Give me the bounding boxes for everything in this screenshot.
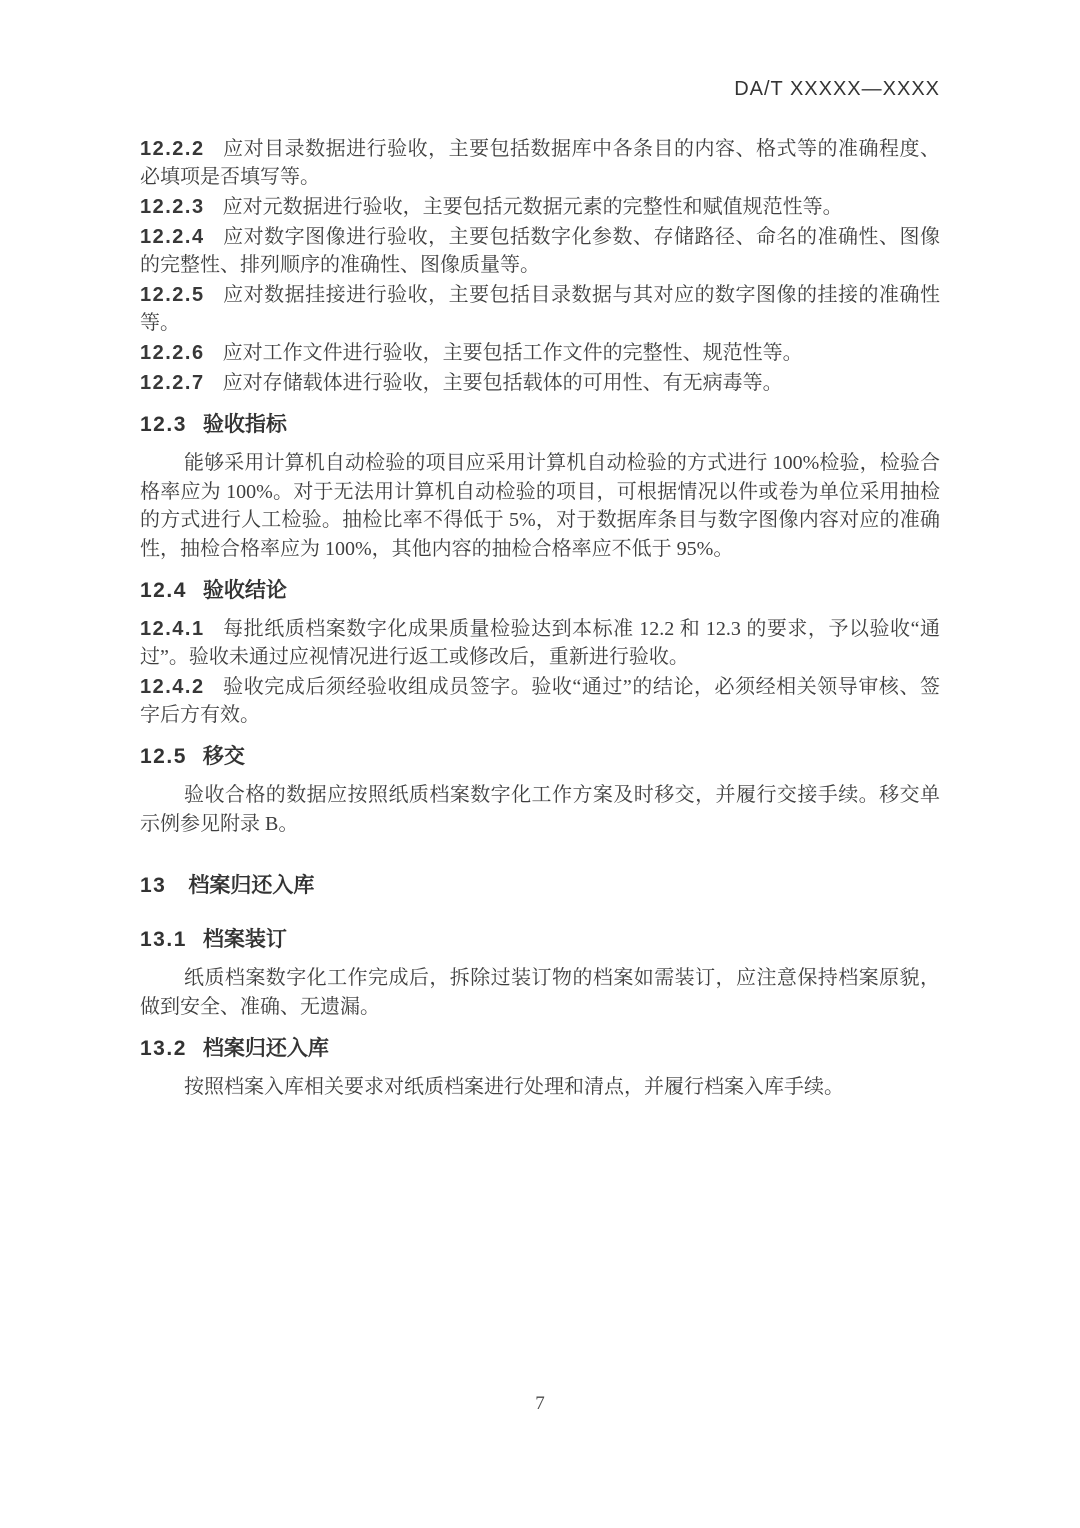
clause-number: 12.2.3 bbox=[140, 196, 205, 218]
clause-12-2-4: 12.2.4应对数字图像进行验收，主要包括数字化参数、存储路径、命名的准确性、图… bbox=[140, 223, 940, 279]
clause-12-2-5: 12.2.5应对数据挂接进行验收，主要包括目录数据与其对应的数字图像的挂接的准确… bbox=[140, 281, 940, 337]
clause-number: 12.2.2 bbox=[140, 138, 205, 160]
heading-12-4: 12.4验收结论 bbox=[140, 577, 940, 605]
para-12-3: 能够采用计算机自动检验的项目应采用计算机自动检验的方式进行 100%检验，检验合… bbox=[140, 449, 940, 563]
clause-number: 12.2.5 bbox=[140, 284, 205, 306]
chapter-number: 13 bbox=[140, 874, 166, 897]
clause-number: 12.4.2 bbox=[140, 676, 205, 698]
heading-13-2: 13.2档案归还入库 bbox=[140, 1035, 940, 1063]
running-header: DA/T XXXXX—XXXX bbox=[734, 78, 940, 101]
clause-number: 12.2.4 bbox=[140, 226, 205, 248]
clause-text: 每批纸质档案数字化成果质量检验达到本标准 12.2 和 12.3 的要求，予以验… bbox=[140, 618, 940, 668]
heading-12-5: 12.5移交 bbox=[140, 743, 940, 771]
para-13-2: 按照档案入库相关要求对纸质档案进行处理和清点，并履行档案入库手续。 bbox=[140, 1073, 940, 1102]
para-12-5: 验收合格的数据应按照纸质档案数字化工作方案及时移交，并履行交接手续。移交单示例参… bbox=[140, 781, 940, 838]
heading-title: 移交 bbox=[203, 745, 245, 768]
clause-text: 应对目录数据进行验收，主要包括数据库中各条目的内容、格式等的准确程度、必填项是否… bbox=[140, 138, 940, 188]
heading-title: 档案归还入库 bbox=[203, 1037, 329, 1060]
clause-number: 12.4.1 bbox=[140, 618, 205, 640]
clause-number: 12.2.7 bbox=[140, 372, 205, 394]
clause-12-2-2: 12.2.2应对目录数据进行验收，主要包括数据库中各条目的内容、格式等的准确程度… bbox=[140, 135, 940, 191]
document-body: 12.2.2应对目录数据进行验收，主要包括数据库中各条目的内容、格式等的准确程度… bbox=[140, 135, 940, 1102]
clause-number: 12.2.6 bbox=[140, 342, 205, 364]
heading-title: 档案装订 bbox=[203, 928, 287, 951]
standard-number: DA/T XXXXX—XXXX bbox=[734, 78, 940, 100]
chapter-title: 档案归还入库 bbox=[188, 874, 314, 897]
heading-13-1: 13.1档案装订 bbox=[140, 926, 940, 954]
clause-text: 验收完成后须经验收组成员签字。验收“通过”的结论，必须经相关领导审核、签字后方有… bbox=[140, 676, 940, 726]
chapter-13-heading: 13档案归还入库 bbox=[140, 872, 940, 900]
document-page: DA/T XXXXX—XXXX 12.2.2应对目录数据进行验收，主要包括数据库… bbox=[0, 0, 1080, 1528]
para-13-1: 纸质档案数字化工作完成后，拆除过装订物的档案如需装订，应注意保持档案原貌，做到安… bbox=[140, 964, 940, 1021]
clause-12-4-1: 12.4.1每批纸质档案数字化成果质量检验达到本标准 12.2 和 12.3 的… bbox=[140, 615, 940, 671]
heading-number: 13.2 bbox=[140, 1037, 187, 1060]
clause-text: 应对数字图像进行验收，主要包括数字化参数、存储路径、命名的准确性、图像的完整性、… bbox=[140, 226, 940, 276]
page-number: 7 bbox=[535, 1393, 545, 1414]
clause-12-2-7: 12.2.7应对存储载体进行验收，主要包括载体的可用性、有无病毒等。 bbox=[140, 369, 940, 397]
clause-text: 应对存储载体进行验收，主要包括载体的可用性、有无病毒等。 bbox=[223, 372, 783, 394]
clause-12-2-6: 12.2.6应对工作文件进行验收，主要包括工作文件的完整性、规范性等。 bbox=[140, 339, 940, 367]
heading-number: 13.1 bbox=[140, 928, 187, 951]
clause-text: 应对工作文件进行验收，主要包括工作文件的完整性、规范性等。 bbox=[223, 342, 803, 364]
heading-title: 验收结论 bbox=[203, 579, 287, 602]
heading-number: 12.5 bbox=[140, 745, 187, 768]
heading-title: 验收指标 bbox=[203, 413, 287, 436]
heading-number: 12.4 bbox=[140, 579, 187, 602]
clause-text: 应对元数据进行验收，主要包括元数据元素的完整性和赋值规范性等。 bbox=[223, 196, 843, 218]
heading-number: 12.3 bbox=[140, 413, 187, 436]
clause-12-4-2: 12.4.2验收完成后须经验收组成员签字。验收“通过”的结论，必须经相关领导审核… bbox=[140, 673, 940, 729]
clause-12-2-3: 12.2.3应对元数据进行验收，主要包括元数据元素的完整性和赋值规范性等。 bbox=[140, 193, 940, 221]
clause-text: 应对数据挂接进行验收，主要包括目录数据与其对应的数字图像的挂接的准确性等。 bbox=[140, 284, 940, 334]
page-footer: 7 bbox=[140, 1393, 940, 1415]
heading-12-3: 12.3验收指标 bbox=[140, 411, 940, 439]
